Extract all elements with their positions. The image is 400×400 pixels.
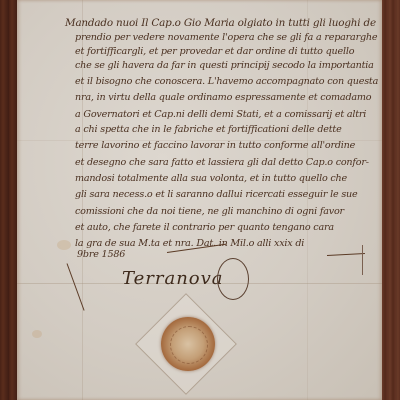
text-line: Mandado nuoi Il Cap.o Gio Maria olgiato … [65, 17, 376, 29]
stain [32, 330, 42, 338]
signature-flourish [217, 258, 249, 300]
signature: Terranova [122, 268, 224, 289]
text-line: terre lavorino et faccino lavorar in tut… [75, 140, 355, 151]
text-line: gli sara necess.o et li saranno dallui r… [75, 189, 358, 200]
pen-flourish [327, 253, 365, 256]
paper-tear [362, 245, 363, 275]
wooden-background-left [0, 0, 18, 400]
text-line: mandosi totalmente alla sua volonta, et … [75, 173, 347, 184]
stain [57, 240, 71, 250]
text-line: et fortifficargli, et per provedar et da… [75, 46, 354, 57]
text-line: nra, in virtu della quale ordinamo espre… [75, 92, 371, 103]
text-line: et auto, che farete il contrario per qua… [75, 222, 334, 233]
text-line: et il bisogno che conoscera. L'havemo ac… [75, 76, 378, 87]
date-line: 9bre 1586 [77, 249, 125, 260]
text-line: a Governatori et Cap.ni delli demi Stati… [75, 109, 366, 120]
text-line: a chi spetta che in le fabriche et forti… [75, 124, 342, 135]
wooden-background-right [380, 0, 400, 400]
wax-seal [161, 317, 215, 371]
text-line: et desegno che sara fatto et lassiera gl… [75, 157, 369, 168]
text-line: prendio per vedere novamente l'opera che… [75, 32, 377, 43]
text-line: comissioni che da noi tiene, ne gli manc… [75, 206, 344, 217]
text-line: la gra de sua M.ta et nra. Dat. in Mil.o… [75, 238, 304, 249]
seal-emblem [170, 326, 208, 364]
text-line: che se gli havera da far in questi princ… [75, 60, 374, 71]
